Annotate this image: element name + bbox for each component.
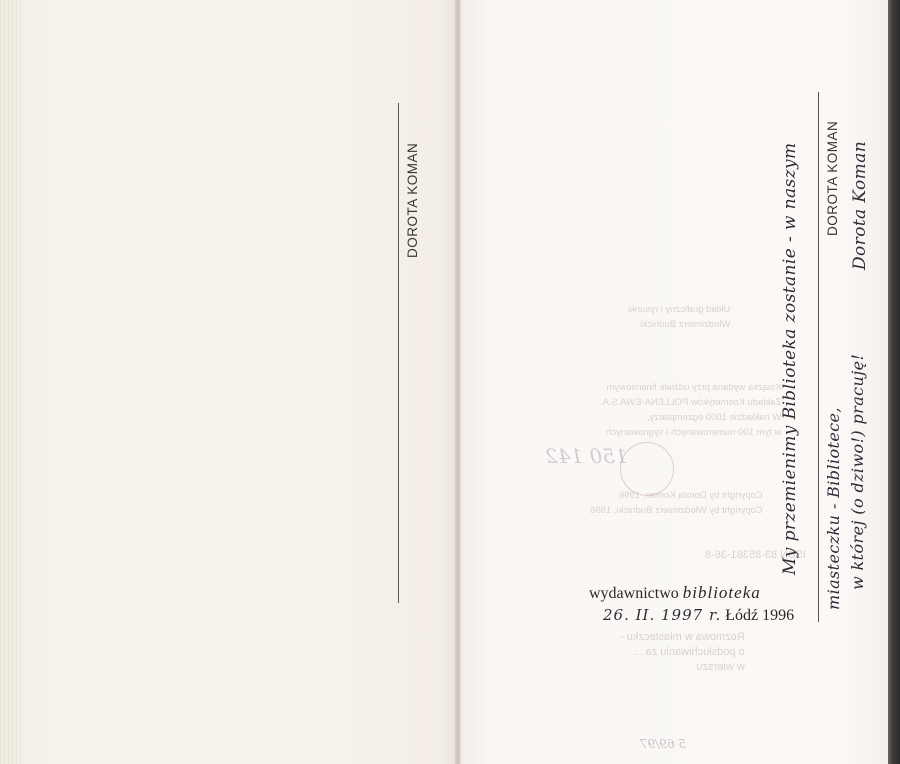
author-name-left: DOROTA KOMAN bbox=[405, 143, 420, 258]
publisher-name: biblioteka bbox=[683, 583, 761, 602]
book-spread: DOROTA KOMAN Układ graficzny i rysunki W… bbox=[0, 0, 900, 764]
cover-edge bbox=[888, 0, 900, 764]
imprint-line: 26. II. 1997 r.Łódź 1996 bbox=[603, 606, 794, 625]
author-name-right: DOROTA KOMAN bbox=[825, 121, 840, 236]
bleed-through-funding: Książka wydana przy udziale finansowym Z… bbox=[600, 380, 781, 440]
spine-rule-right bbox=[818, 92, 819, 622]
margin-note: 5 69/97 bbox=[640, 737, 686, 751]
library-stamp bbox=[620, 442, 674, 496]
handwritten-dedication-line-2: miasteczku - Bibliotece, bbox=[824, 407, 843, 610]
spine-rule bbox=[398, 103, 399, 603]
handwritten-dedication-line-1: My przemienimy Biblioteka zostanie - w n… bbox=[780, 142, 800, 575]
bleed-through-contents: Rozmowa w miasteczku - o podsłuchiwaniu … bbox=[620, 630, 745, 675]
handwritten-dedication-line-3: w której (o dziwo!) pracuję! bbox=[848, 354, 867, 590]
handwritten-date: 26. II. 1997 r. bbox=[603, 606, 721, 624]
bleed-through-copyright: Copyright by Dorota Koman, 1996 Copyrigh… bbox=[590, 488, 763, 518]
publisher-line: wydawnictwo biblioteka bbox=[589, 583, 761, 603]
left-page: DOROTA KOMAN bbox=[0, 0, 455, 764]
page-edge bbox=[0, 0, 22, 764]
bleed-through-credit: Układ graficzny i rysunki Włodzimierz Bu… bbox=[628, 302, 730, 332]
place-year: Łódź 1996 bbox=[725, 607, 794, 624]
library-accession-number: 150 142 bbox=[545, 444, 628, 468]
handwritten-signature: Dorota Koman bbox=[850, 141, 870, 270]
publisher-prefix: wydawnictwo bbox=[589, 585, 683, 602]
